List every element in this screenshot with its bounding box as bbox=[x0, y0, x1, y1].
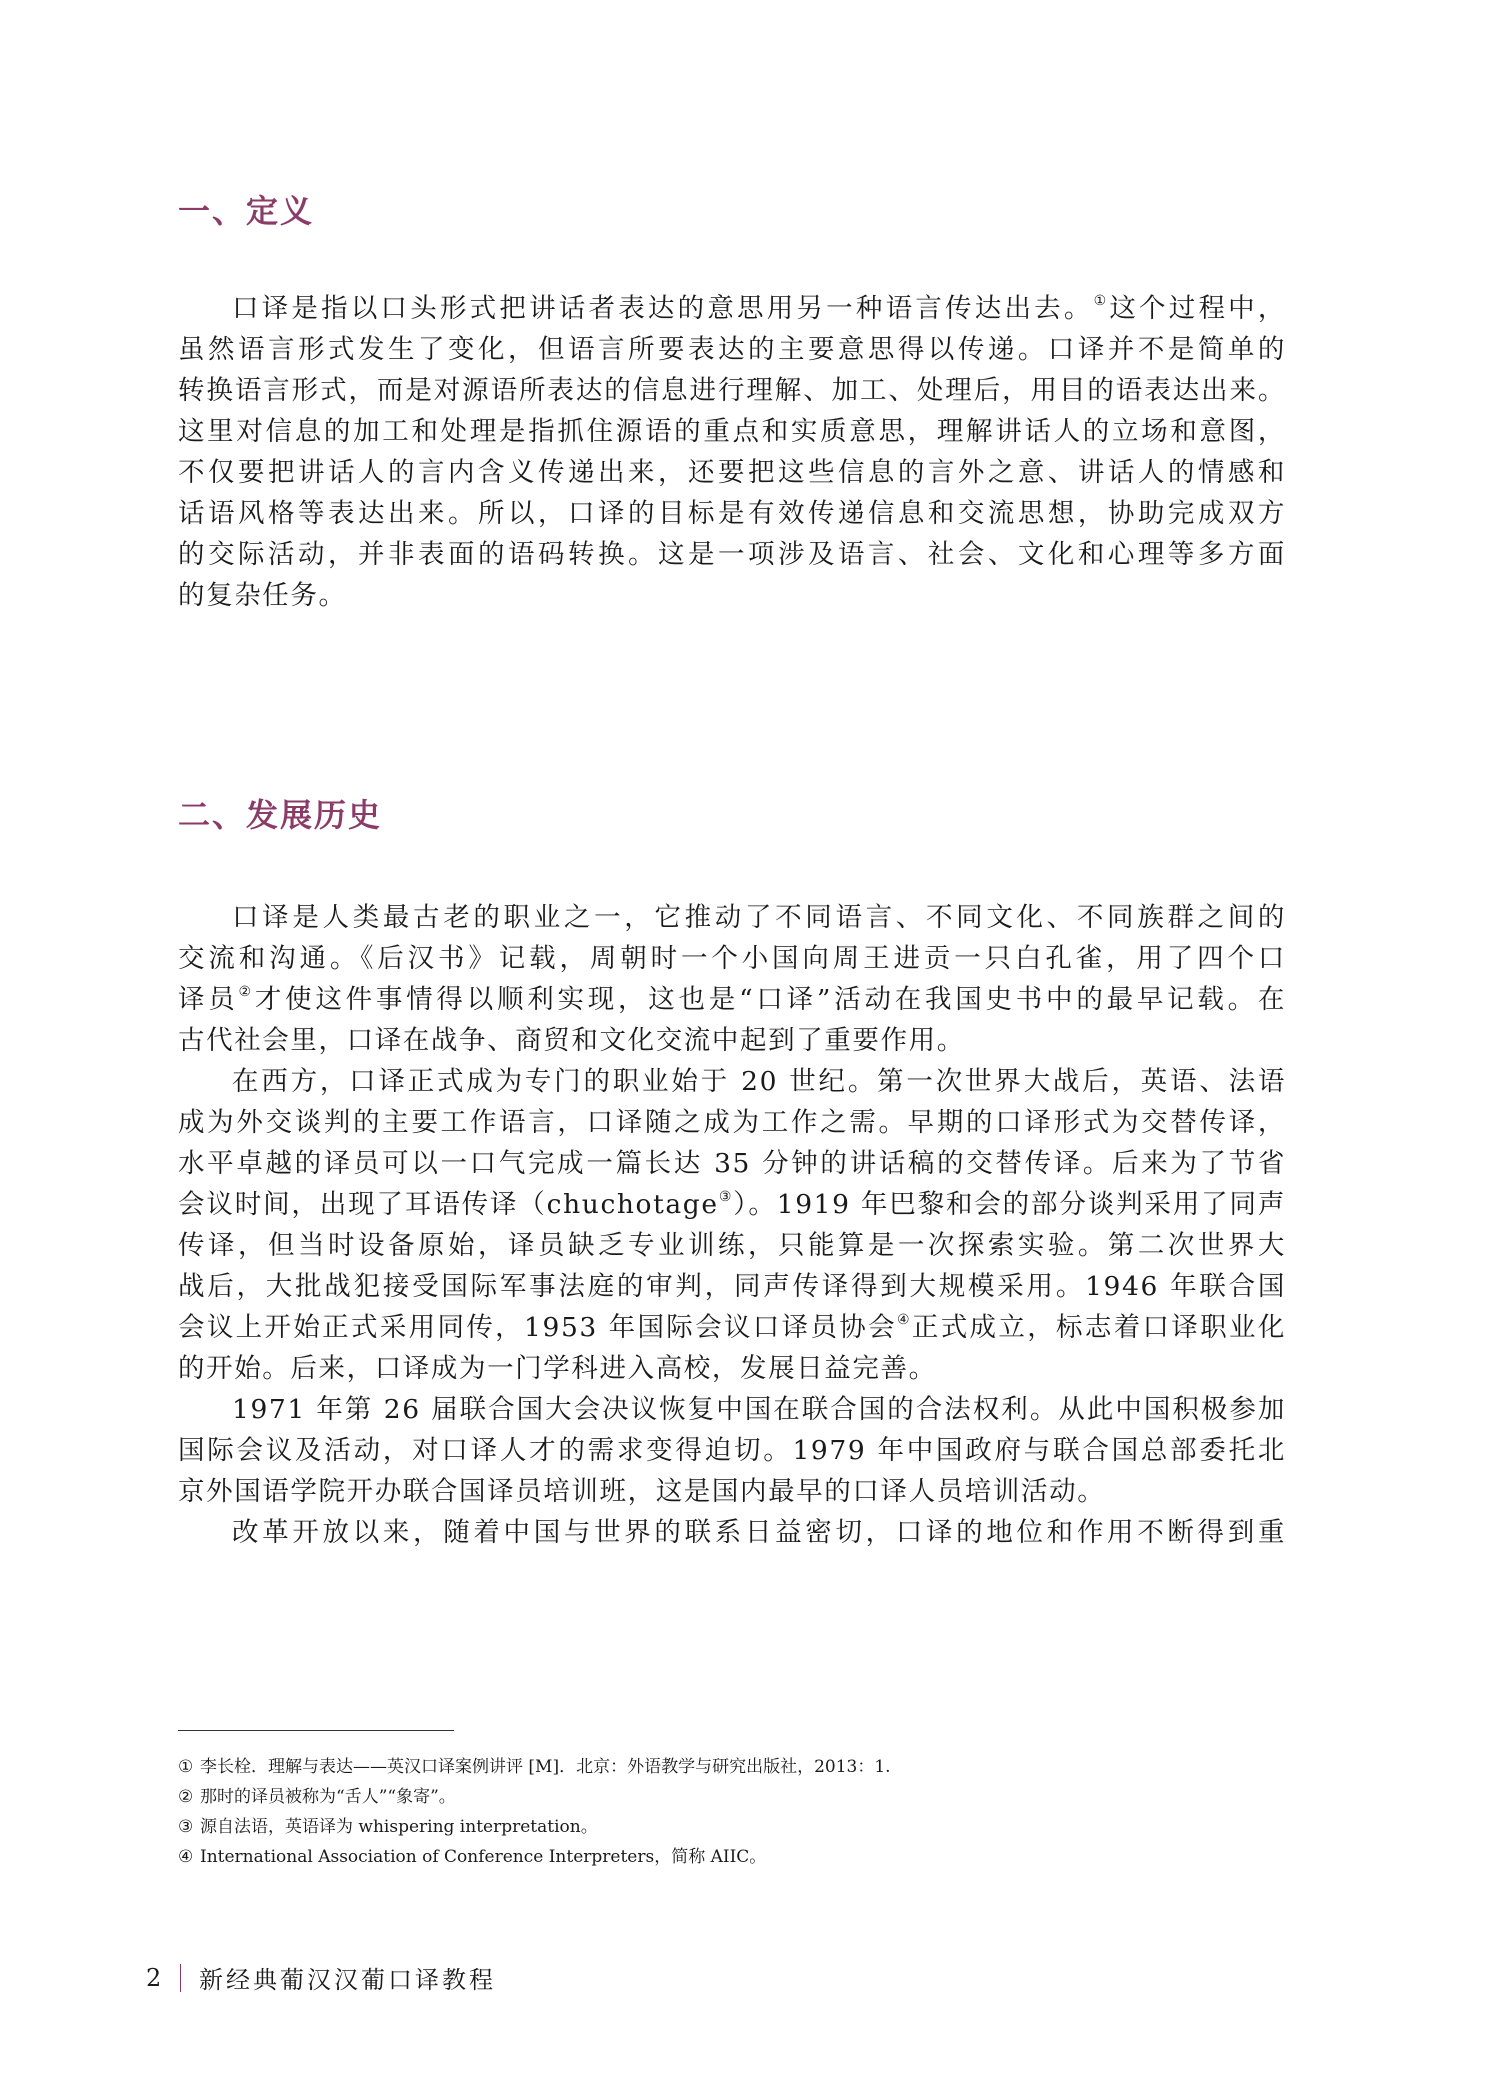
footnote-marker: ③ bbox=[178, 1812, 200, 1842]
text-run: 才使这件事情得以顺利实现，这也是“口译”活动在我国史书中的最早记载。在 bbox=[255, 984, 1286, 1015]
footnote-divider bbox=[178, 1730, 454, 1731]
text-run: 这个过程中， bbox=[1109, 293, 1286, 324]
text-run: 转换语言形式，而是对源语所表达的信息进行理解、加工、处理后，用目的语表达出来。 bbox=[178, 375, 1286, 406]
book-title: 新经典葡汉汉葡口译教程 bbox=[199, 1960, 496, 1995]
text-line: 的开始。后来，口译成为一门学科进入高校，发展日益完善。 bbox=[178, 1348, 1286, 1389]
paragraph-history-2: 在西方，口译正式成为专门的职业始于 20 世纪。第一次世界大战后，英语、法语成为… bbox=[178, 1061, 1286, 1389]
paragraph-history-1: 口译是人类最古老的职业之一，它推动了不同语言、不同文化、不同族群之间的交流和沟通… bbox=[178, 897, 1286, 1061]
text-line: 交流和沟通。《后汉书》记载，周朝时一个小国向周王进贡一只白孔雀，用了四个口 bbox=[178, 938, 1286, 979]
text-line: 口译是人类最古老的职业之一，它推动了不同语言、不同文化、不同族群之间的 bbox=[178, 897, 1286, 938]
footnote-text: 李长栓．理解与表达——英汉口译案例讲评 [M]．北京：外语教学与研究出版社，20… bbox=[200, 1757, 891, 1777]
text-run: 的复杂任务。 bbox=[178, 580, 347, 611]
text-line: 在西方，口译正式成为专门的职业始于 20 世纪。第一次世界大战后，英语、法语 bbox=[178, 1061, 1286, 1102]
text-run: 口译是人类最古老的职业之一，它推动了不同语言、不同文化、不同族群之间的 bbox=[232, 902, 1286, 933]
footnote-item: ②那时的译员被称为“舌人”“象寄”。 bbox=[178, 1782, 891, 1812]
footnote-reference[interactable]: ④ bbox=[897, 1312, 912, 1328]
text-run: 国际会议及活动，对口译人才的需求变得迫切。1979 年中国政府与联合国总部委托北 bbox=[178, 1435, 1286, 1466]
page-number: 2 bbox=[146, 1964, 166, 1992]
text-line: 战后，大批战犯接受国际军事法庭的审判，同声传译得到大规模采用。1946 年联合国 bbox=[178, 1266, 1286, 1307]
text-run: 口译是指以口头形式把讲话者表达的意思用另一种语言传达出去。 bbox=[232, 293, 1094, 324]
text-line: 话语风格等表达出来。所以，口译的目标是有效传递信息和交流思想，协助完成双方 bbox=[178, 493, 1286, 534]
section-heading-definition: 一、定义 bbox=[178, 186, 314, 232]
text-run: 的交际活动，并非表面的语码转换。这是一项涉及语言、社会、文化和心理等多方面 bbox=[178, 539, 1286, 570]
text-line: 国际会议及活动，对口译人才的需求变得迫切。1979 年中国政府与联合国总部委托北 bbox=[178, 1430, 1286, 1471]
text-run: 会议时间，出现了耳语传译（chuchotage bbox=[178, 1189, 719, 1220]
text-run: 虽然语言形式发生了变化，但语言所要表达的主要意思得以传递。口译并不是简单的 bbox=[178, 334, 1286, 365]
paragraph-history-3: 1971 年第 26 届联合国大会决议恢复中国在联合国的合法权利。从此中国积极参… bbox=[178, 1389, 1286, 1512]
footnote-marker: ② bbox=[178, 1782, 200, 1812]
footnote-item: ③源自法语，英语译为 whispering interpretation。 bbox=[178, 1812, 891, 1842]
text-run: 古代社会里，口译在战争、商贸和文化交流中起到了重要作用。 bbox=[178, 1025, 965, 1056]
text-run: 1971 年第 26 届联合国大会决议恢复中国在联合国的合法权利。从此中国积极参… bbox=[232, 1394, 1286, 1425]
text-line: 会议上开始正式采用同传，1953 年国际会议口译员协会④正式成立，标志着口译职业… bbox=[178, 1307, 1286, 1348]
text-line: 京外国语学院开办联合国译员培训班，这是国内最早的口译人员培训活动。 bbox=[178, 1471, 1286, 1512]
text-run: 交流和沟通。《后汉书》记载，周朝时一个小国向周王进贡一只白孔雀，用了四个口 bbox=[178, 943, 1286, 974]
text-line: 1971 年第 26 届联合国大会决议恢复中国在联合国的合法权利。从此中国积极参… bbox=[178, 1389, 1286, 1430]
text-line: 成为外交谈判的主要工作语言，口译随之成为工作之需。早期的口译形式为交替传译， bbox=[178, 1102, 1286, 1143]
text-line: 改革开放以来，随着中国与世界的联系日益密切，口译的地位和作用不断得到重 bbox=[178, 1512, 1286, 1553]
paragraph-history-4: 改革开放以来，随着中国与世界的联系日益密切，口译的地位和作用不断得到重 bbox=[178, 1512, 1286, 1553]
text-run: 译员 bbox=[178, 984, 239, 1015]
footnote-item: ④International Association of Conference… bbox=[178, 1842, 891, 1872]
text-run: 战后，大批战犯接受国际军事法庭的审判，同声传译得到大规模采用。1946 年联合国 bbox=[178, 1271, 1286, 1302]
footer-divider bbox=[180, 1964, 181, 1992]
text-run: 这里对信息的加工和处理是指抓住源语的重点和实质意思，理解讲话人的立场和意图， bbox=[178, 416, 1286, 447]
footnote-text: 那时的译员被称为“舌人”“象寄”。 bbox=[200, 1787, 456, 1807]
text-run: 京外国语学院开办联合国译员培训班，这是国内最早的口译人员培训活动。 bbox=[178, 1476, 1105, 1507]
text-run: 正式成立，标志着口译职业化 bbox=[912, 1312, 1286, 1343]
footnote-reference[interactable]: ① bbox=[1094, 293, 1110, 309]
text-line: 虽然语言形式发生了变化，但语言所要表达的主要意思得以传递。口译并不是简单的 bbox=[178, 329, 1286, 370]
text-line: 的交际活动，并非表面的语码转换。这是一项涉及语言、社会、文化和心理等多方面 bbox=[178, 534, 1286, 575]
footnote-reference[interactable]: ② bbox=[239, 984, 255, 1000]
text-run: 不仅要把讲话人的言内含义传递出来，还要把这些信息的言外之意、讲话人的情感和 bbox=[178, 457, 1286, 488]
text-line: 传译，但当时设备原始，译员缺乏专业训练，只能算是一次探索实验。第二次世界大 bbox=[178, 1225, 1286, 1266]
text-run: 水平卓越的译员可以一口气完成一篇长达 35 分钟的讲话稿的交替传译。后来为了节省 bbox=[178, 1148, 1286, 1179]
text-run: 话语风格等表达出来。所以，口译的目标是有效传递信息和交流思想，协助完成双方 bbox=[178, 498, 1286, 529]
page-footer: 2 新经典葡汉汉葡口译教程 bbox=[146, 1960, 496, 1995]
text-run: 成为外交谈判的主要工作语言，口译随之成为工作之需。早期的口译形式为交替传译， bbox=[178, 1107, 1286, 1138]
text-run: 传译，但当时设备原始，译员缺乏专业训练，只能算是一次探索实验。第二次世界大 bbox=[178, 1230, 1286, 1261]
footnote-text: International Association of Conference … bbox=[200, 1847, 766, 1867]
text-run: ）。1919 年巴黎和会的部分谈判采用了同声 bbox=[733, 1189, 1286, 1220]
paragraph-definition: 口译是指以口头形式把讲话者表达的意思用另一种语言传达出去。①这个过程中，虽然语言… bbox=[178, 288, 1286, 616]
text-line: 会议时间，出现了耳语传译（chuchotage③）。1919 年巴黎和会的部分谈… bbox=[178, 1184, 1286, 1225]
footnote-marker: ④ bbox=[178, 1842, 200, 1872]
text-run: 的开始。后来，口译成为一门学科进入高校，发展日益完善。 bbox=[178, 1353, 937, 1384]
section-heading-history: 二、发展历史 bbox=[178, 790, 382, 836]
text-run: 会议上开始正式采用同传，1953 年国际会议口译员协会 bbox=[178, 1312, 897, 1343]
text-run: 改革开放以来，随着中国与世界的联系日益密切，口译的地位和作用不断得到重 bbox=[232, 1517, 1286, 1548]
text-line: 译员②才使这件事情得以顺利实现，这也是“口译”活动在我国史书中的最早记载。在 bbox=[178, 979, 1286, 1020]
text-line: 水平卓越的译员可以一口气完成一篇长达 35 分钟的讲话稿的交替传译。后来为了节省 bbox=[178, 1143, 1286, 1184]
text-run: 在西方，口译正式成为专门的职业始于 20 世纪。第一次世界大战后，英语、法语 bbox=[232, 1066, 1286, 1097]
text-line: 转换语言形式，而是对源语所表达的信息进行理解、加工、处理后，用目的语表达出来。 bbox=[178, 370, 1286, 411]
footnotes: ①李长栓．理解与表达——英汉口译案例讲评 [M]．北京：外语教学与研究出版社，2… bbox=[178, 1752, 891, 1872]
footnote-text: 源自法语，英语译为 whispering interpretation。 bbox=[200, 1817, 598, 1837]
footnote-item: ①李长栓．理解与表达——英汉口译案例讲评 [M]．北京：外语教学与研究出版社，2… bbox=[178, 1752, 891, 1782]
text-line: 不仅要把讲话人的言内含义传递出来，还要把这些信息的言外之意、讲话人的情感和 bbox=[178, 452, 1286, 493]
text-line: 古代社会里，口译在战争、商贸和文化交流中起到了重要作用。 bbox=[178, 1020, 1286, 1061]
footnote-marker: ① bbox=[178, 1752, 200, 1782]
text-line: 口译是指以口头形式把讲话者表达的意思用另一种语言传达出去。①这个过程中， bbox=[178, 288, 1286, 329]
text-line: 这里对信息的加工和处理是指抓住源语的重点和实质意思，理解讲话人的立场和意图， bbox=[178, 411, 1286, 452]
footnote-reference[interactable]: ③ bbox=[719, 1189, 734, 1205]
text-line: 的复杂任务。 bbox=[178, 575, 1286, 616]
